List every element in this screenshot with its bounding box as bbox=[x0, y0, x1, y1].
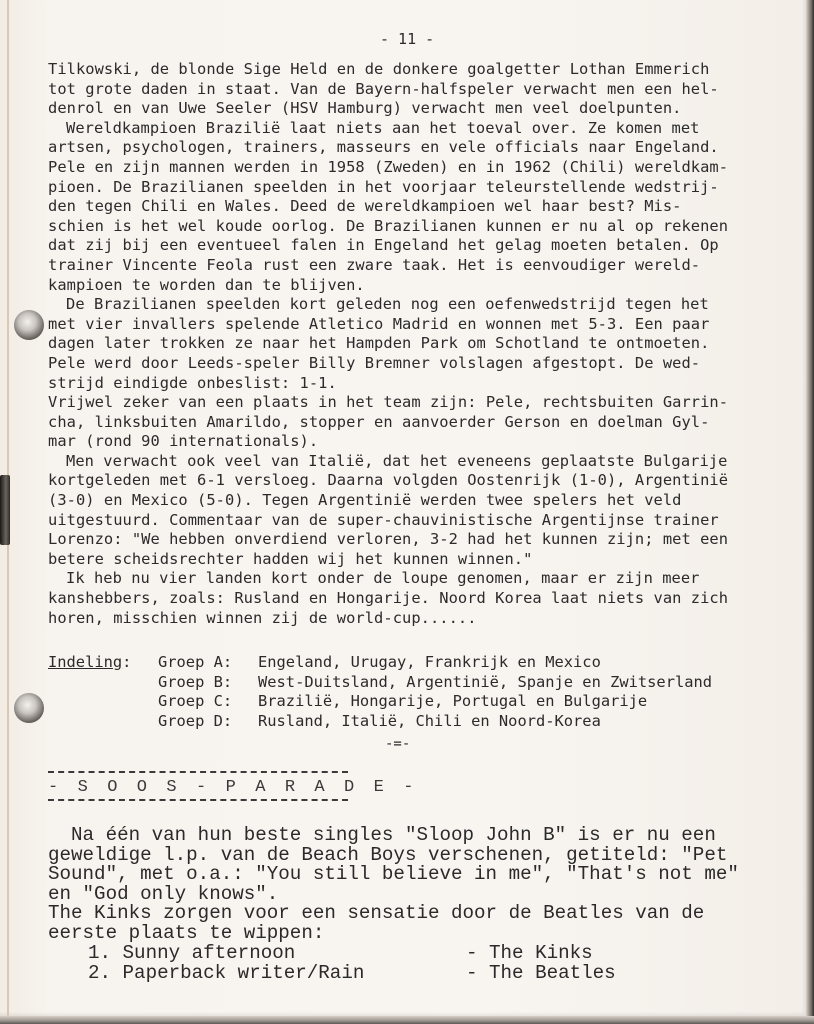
group-teams: Rusland, Italië, Chili en Noord-Korea bbox=[258, 712, 601, 732]
page-number: - 11 - bbox=[380, 30, 434, 48]
text-line: strijd eindigde onbeslist: 1-1. bbox=[48, 374, 728, 394]
chart-entry: 2. Paperback writer/Rain- The Beatles bbox=[48, 963, 739, 983]
song-title: 1. Sunny afternoon bbox=[48, 943, 466, 963]
text-line: Pele werd door Leeds-speler Billy Bremne… bbox=[48, 354, 728, 374]
punch-hole-icon bbox=[14, 310, 44, 340]
artist-name: - The Beatles bbox=[466, 963, 616, 983]
text-line: kanshebbers, zoals: Rusland en Hongarije… bbox=[48, 589, 728, 609]
text-line: Sound", met o.a.: "You still believe in … bbox=[48, 865, 739, 885]
page-bottom-shadow bbox=[0, 1016, 814, 1024]
text-line: Tilkowski, de blonde Sige Held en de don… bbox=[48, 60, 728, 80]
text-line: Vrijwel zeker van een plaats in het team… bbox=[48, 393, 728, 413]
text-line: Na één van hun beste singles "Sloop John… bbox=[48, 826, 739, 846]
group-row: Groep B:West-Duitsland, Argentinië, Span… bbox=[48, 673, 712, 693]
text-line: trainer Vincente Feola rust een zware ta… bbox=[48, 256, 728, 276]
text-line: denrol en van Uwe Seeler (HSV Hamburg) v… bbox=[48, 99, 728, 119]
text-line: tot grote daden in staat. Van de Bayern-… bbox=[48, 80, 728, 100]
text-line: horen, misschien winnen zij de world-cup… bbox=[48, 609, 728, 629]
text-line: artsen, psychologen, trainers, masseurs … bbox=[48, 138, 728, 158]
binder-clip-icon bbox=[0, 475, 10, 545]
section-title: - S O O S - P A R A D E - bbox=[48, 775, 348, 799]
soos-parade-body: Na één van hun beste singles "Sloop John… bbox=[48, 826, 739, 983]
group-teams: West-Duitsland, Argentinië, Spanje en Zw… bbox=[258, 673, 712, 693]
text-line: dat zij bij een eventueel falen in Engel… bbox=[48, 236, 728, 256]
chart-entry: 1. Sunny afternoon- The Kinks bbox=[48, 943, 739, 963]
dashed-rule bbox=[48, 799, 348, 803]
group-row: Groep D:Rusland, Italië, Chili en Noord-… bbox=[48, 712, 712, 732]
page-edge-shadow bbox=[806, 0, 814, 1024]
text-line: kortgeleden met 6-1 versloeg. Daarna vol… bbox=[48, 471, 728, 491]
group-row: Indeling:Groep A:Engeland, Urugay, Frank… bbox=[48, 653, 712, 673]
text-line: (3-0) en Mexico (5-0). Tegen Argentinië … bbox=[48, 491, 728, 511]
song-title: 2. Paperback writer/Rain bbox=[48, 963, 466, 983]
text-line: cha, linksbuiten Amarildo, stopper en aa… bbox=[48, 413, 728, 433]
text-line: eerste plaats te wippen: bbox=[48, 924, 739, 944]
group-row: Groep C:Brazilië, Hongarije, Portugal en… bbox=[48, 692, 712, 712]
indeling-label bbox=[48, 692, 158, 712]
text-line: betere scheidsrechter hadden wij het kun… bbox=[48, 550, 728, 570]
text-line: Ik heb nu vier landen kort onder de loup… bbox=[48, 569, 728, 589]
artist-name: - The Kinks bbox=[466, 943, 593, 963]
indeling-label bbox=[48, 712, 158, 732]
text-line: Men verwacht ook veel van Italië, dat he… bbox=[48, 452, 728, 472]
group-name: Groep C: bbox=[158, 692, 258, 712]
section-separator: -=- bbox=[385, 736, 410, 752]
text-line: De Brazilianen speelden kort geleden nog… bbox=[48, 295, 728, 315]
group-name: Groep B: bbox=[158, 673, 258, 693]
text-line: Lorenzo: "We hebben onverdiend verloren,… bbox=[48, 530, 728, 550]
indeling-label bbox=[48, 673, 158, 693]
group-teams: Engeland, Urugay, Frankrijk en Mexico bbox=[258, 653, 601, 673]
text-line: den tegen Chili en Wales. Deed de wereld… bbox=[48, 197, 728, 217]
text-line: met vier invallers spelende Atletico Mad… bbox=[48, 315, 728, 335]
text-line: pioen. De Brazilianen speelden in het vo… bbox=[48, 178, 728, 198]
group-teams: Brazilië, Hongarije, Portugal en Bulgari… bbox=[258, 692, 647, 712]
group-allocation: Indeling:Groep A:Engeland, Urugay, Frank… bbox=[48, 653, 712, 731]
text-line: kampioen te worden dan te blijven. bbox=[48, 276, 728, 296]
text-line: mar (rond 90 internationals). bbox=[48, 432, 728, 452]
text-line: Wereldkampioen Brazilië laat niets aan h… bbox=[48, 119, 728, 139]
text-line: uitgestuurd. Commentaar van de super-cha… bbox=[48, 511, 728, 531]
article-body: Tilkowski, de blonde Sige Held en de don… bbox=[48, 60, 728, 628]
punch-hole-icon bbox=[14, 693, 44, 723]
text-line: schien is het wel koude oorlog. De Brazi… bbox=[48, 217, 728, 237]
text-line: dagen later trokken ze naar het Hampden … bbox=[48, 334, 728, 354]
group-name: Groep A: bbox=[158, 653, 258, 673]
soos-parade-heading: - S O O S - P A R A D E - bbox=[48, 771, 348, 803]
text-line: Pele en zijn mannen werden in 1958 (Zwed… bbox=[48, 158, 728, 178]
indeling-label: Indeling: bbox=[48, 653, 158, 673]
group-name: Groep D: bbox=[158, 712, 258, 732]
text-line: The Kinks zorgen voor een sensatie door … bbox=[48, 904, 739, 924]
